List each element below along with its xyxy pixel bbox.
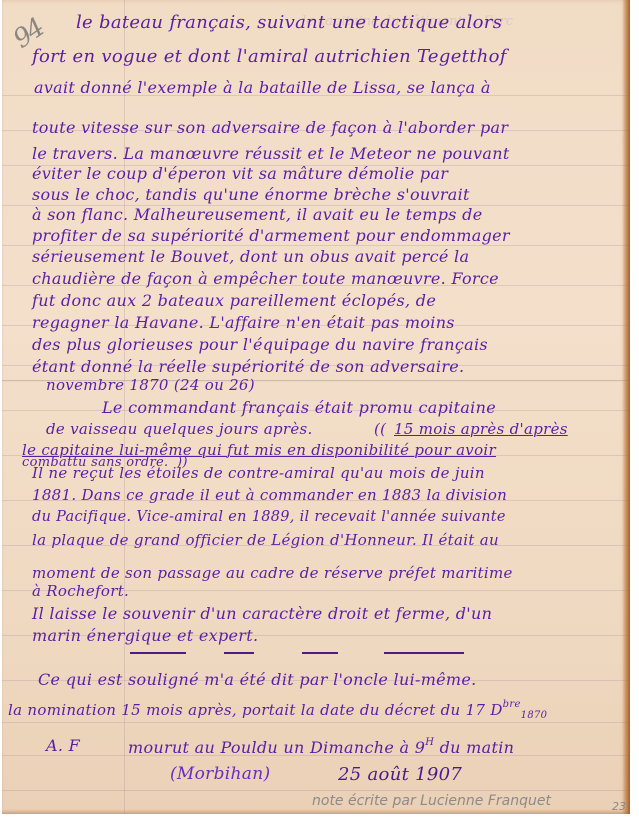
body-line: fort en vogue et dont l'amiral autrichie… (32, 48, 507, 66)
body-line: chaudière de façon à empêcher toute manœ… (32, 271, 499, 287)
paragraph-line: Le commandant français était promu capit… (102, 400, 496, 416)
body-line: sérieusement le Bouvet, dont un obus ava… (32, 249, 469, 265)
body-line: le bateau français, suivant une tactique… (76, 14, 502, 32)
body-line: avait donné l'exemple à la bataille de L… (34, 80, 491, 96)
body-line: profiter de sa supériorité d'armement po… (32, 228, 510, 244)
body-line: sous le choc, tandis qu'une énorme brèch… (32, 187, 470, 203)
body-line: étant donné la réelle supériorité de son… (32, 359, 464, 375)
annotation-open-bracket: (( (374, 422, 386, 437)
body-line-date: novembre 1870 (24 ou 26) (46, 378, 255, 393)
body-line: fut donc aux 2 bateaux pareillement éclo… (32, 293, 436, 309)
paragraph-line: du Pacifique. Vice-amiral en 1889, il re… (32, 510, 506, 525)
body-line: le travers. La manœuvre réussit et le Me… (32, 146, 510, 162)
body-line: regagner la Havane. L'affaire n'en était… (32, 315, 455, 331)
ruled-line (2, 590, 630, 591)
manuscript-page: le capitaine du bâtiment ... Forc 94 le … (2, 0, 630, 814)
ruled-line (2, 680, 630, 681)
body-line: éviter le coup d'éperon vit sa mâture dé… (32, 166, 448, 182)
paragraph-line: Il ne reçut les étoiles de contre-amiral… (32, 466, 485, 481)
body-line: à son flanc. Malheureusement, il avait e… (32, 207, 482, 223)
ruled-line (2, 790, 630, 791)
annotation-line: 15 mois après d'après (394, 422, 568, 437)
ruled-line (2, 245, 630, 246)
ruled-line (2, 635, 630, 636)
paragraph-line: 1881. Dans ce grade il eut à commander e… (32, 488, 507, 503)
ruled-line (2, 755, 630, 756)
body-line: des plus glorieuses pour l'équipage du n… (32, 337, 488, 353)
ruled-line (2, 722, 630, 723)
paragraph-line: de vaisseau quelques jours après. (46, 422, 313, 437)
paragraph-line: la plaque de grand officier de Légion d'… (32, 533, 499, 548)
body-line: toute vitesse sur son adversaire de faço… (32, 120, 508, 136)
